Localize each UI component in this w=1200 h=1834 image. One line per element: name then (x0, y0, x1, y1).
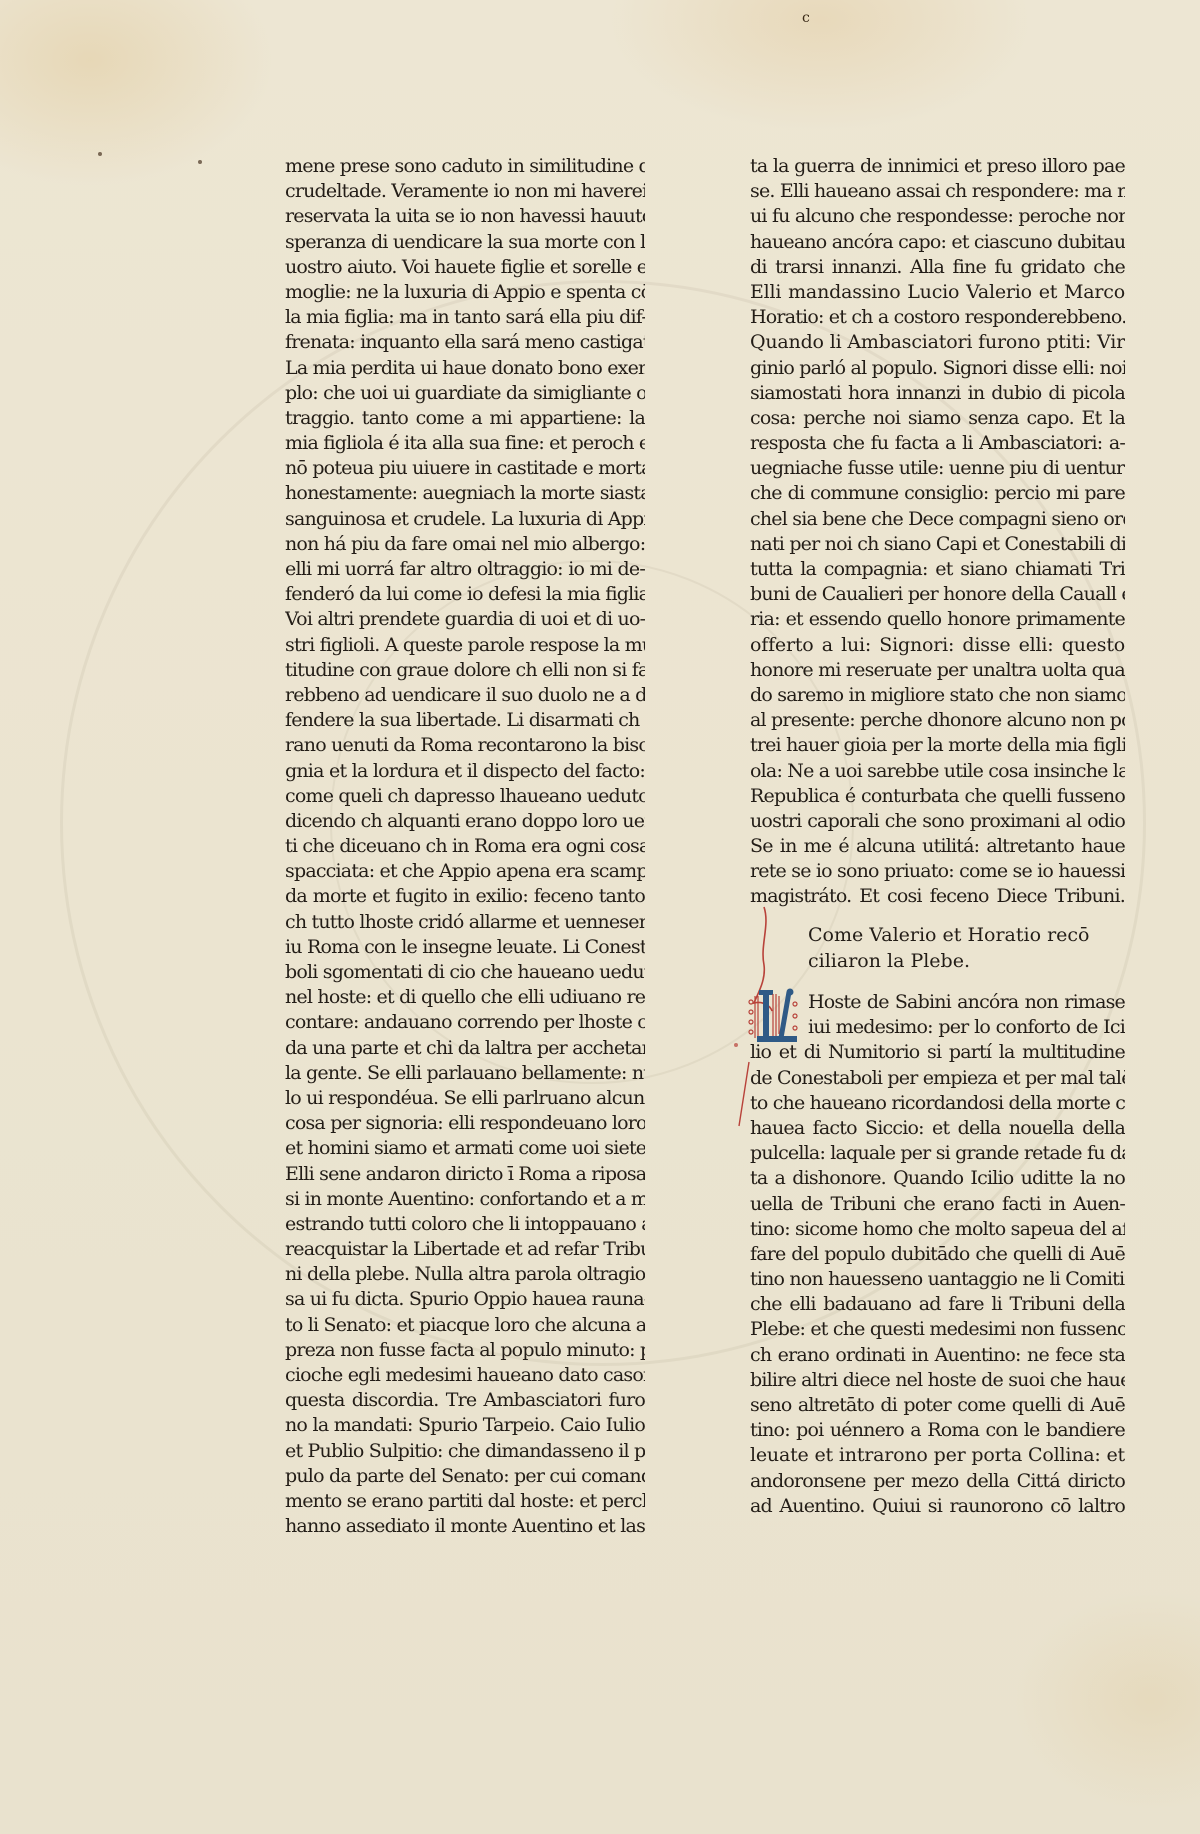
left-column-line: come queli ch dapresso lhaueano ueduto e… (285, 784, 645, 809)
chapter-line: uella de Tribuni che erano facti in Auen… (750, 1192, 1125, 1217)
right-column-line: tutta la compagnia: et siano chiamati Tr… (750, 557, 1125, 582)
left-column-line: cioche egli medesimi haueano dato casone… (285, 1363, 645, 1388)
left-column-line: titudine con graue dolore ch elli non si… (285, 658, 645, 683)
right-column-line: haueano ancóra capo: et ciascuno dubitau… (750, 230, 1125, 255)
chapter-line: bilire altri diece nel hoste de suoi che… (750, 1368, 1125, 1393)
left-column-line: et homini siamo et armati come uoi siete… (285, 1136, 645, 1161)
left-column-line: fendere la sua libertade. Li disarmati c… (285, 708, 645, 733)
chapter-line: tino: sicome homo che molto sapeua del a… (750, 1217, 1125, 1242)
left-column-line: to li Senato: et piacque loro che alcuna… (285, 1313, 645, 1338)
right-column-line: ria: et essendo quello honore primamente (750, 607, 1125, 632)
right-column-line: se. Elli haueano assai ch respondere: ma… (750, 179, 1125, 204)
left-column-line: uostro aiuto. Voi hauete figlie et sorel… (285, 255, 645, 280)
left-column-line: spacciata: et che Appio apena era scampa… (285, 859, 645, 884)
chapter-line: pulcella: laquale per si grande retade f… (750, 1141, 1125, 1166)
right-column-line: uegniache fusse utile: uenne piu di uent… (750, 456, 1125, 481)
manuscript-page: c mene prese sono caduto in similitudine… (0, 0, 1200, 1834)
left-column-line: la mia figlia: ma in tanto sará ella piu… (285, 305, 645, 330)
left-column-line: si in monte Auentino: confortando et a m… (285, 1187, 645, 1212)
chapter-line: che elli badauano ad fare li Tribuni del… (750, 1292, 1125, 1317)
chapter-line: Hoste de Sabini ancóra non rimase (750, 990, 1125, 1015)
right-column-line: rete se io sono priuato: come se io haue… (750, 859, 1125, 884)
chapter-line: lio et di Numitorio si partí la multitud… (750, 1040, 1125, 1065)
left-column-line: rebbeno ad uendicare il suo duolo ne a d… (285, 683, 645, 708)
right-column-line: resposta che fu facta a li Ambasciatori:… (750, 431, 1125, 456)
right-column-line: magistráto. Et cosi feceno Diece Tribuni… (750, 884, 1125, 909)
chapter-line: hauea facto Siccio: et della nouella del… (750, 1116, 1125, 1141)
left-column-line: no la mandati: Spurio Tarpeio. Caio Iuli… (285, 1413, 645, 1438)
left-column-line: mene prese sono caduto in similitudine d… (285, 154, 645, 179)
left-column-line: fenderó da lui come io defesi la mia fig… (285, 582, 645, 607)
left-column-line: mento se erano partiti dal hoste: et per… (285, 1489, 645, 1514)
right-column-line: ginio parló al populo. Signori disse ell… (750, 356, 1125, 381)
chapter-line: ch erano ordinati in Auentino: ne fece s… (750, 1343, 1125, 1368)
left-column-line: stri figlioli. A queste parole respose l… (285, 633, 645, 658)
right-column-line: nati per noi ch siano Capi et Conestabil… (750, 532, 1125, 557)
right-column-line: cosa: perche noi siamo senza capo. Et la (750, 406, 1125, 431)
chapter-line: tino: poi uénnero a Roma con le bandiere (750, 1418, 1125, 1443)
left-column-line: pulo da parte del Senato: per cui comand… (285, 1464, 645, 1489)
left-column-line: ni della plebe. Nulla altra parola oltra… (285, 1262, 645, 1287)
chapter-line: iui medesimo: per lo conforto de Ici (750, 1015, 1125, 1040)
chapter-body: Hoste de Sabini ancóra non rimaseiui med… (750, 990, 1125, 1519)
left-column-line: preza non fusse facta al populo minuto: … (285, 1338, 645, 1363)
left-column-line: hanno assediato il monte Auentino et las… (285, 1514, 645, 1539)
left-column-line: sa ui fu dicta. Spurio Oppio hauea rauna… (285, 1287, 645, 1312)
left-column-line: plo: che uoi ui guardiate da simigliante… (285, 381, 645, 406)
left-column-line: crudeltade. Veramente io non mi haverei (285, 179, 645, 204)
right-column-line: trei hauer gioia per la morte della mia … (750, 733, 1125, 758)
right-column: ta la guerra de innimici et preso illoro… (750, 154, 1125, 910)
left-column-line: reservata la uita se io non havessi hauu… (285, 204, 645, 229)
chapter-line: ta a dishonore. Quando Icilio uditte la … (750, 1166, 1125, 1191)
right-column-line: ta la guerra de innimici et preso illoro… (750, 154, 1125, 179)
ink-spot (734, 1043, 738, 1047)
right-column-line: di trarsi innanzi. Alla fine fu gridato … (750, 255, 1125, 280)
right-column-line: ola: Ne a uoi sarebbe utile cosa insinch… (750, 759, 1125, 784)
chapter-heading: Come Valerio et Horatio recō ciliaron la… (808, 922, 1089, 974)
chapter-line: fare del populo dubitādo che quelli di A… (750, 1242, 1125, 1267)
left-column-line: rano uenuti da Roma recontarono la biso- (285, 733, 645, 758)
left-column-line: speranza di uendicare la sua morte con l… (285, 230, 645, 255)
left-column-line: questa discordia. Tre Ambasciatori furo (285, 1388, 645, 1413)
chapter-heading-line: Come Valerio et Horatio recō (808, 922, 1089, 948)
left-column-line: ch tutto lhoste cridó allarme et uennese… (285, 910, 645, 935)
right-column-line: Se in me é alcuna utilitá: altretanto ha… (750, 834, 1125, 859)
right-column-line: siamostati hora innanzi in dubio di pico… (750, 381, 1125, 406)
left-column-line: La mia perdita ui haue donato bono exem (285, 356, 645, 381)
left-column: mene prese sono caduto in similitudine d… (285, 154, 645, 1539)
left-column-line: nō poteua piu uiuere in castitade e mort… (285, 456, 645, 481)
chapter-line: to che haueano ricordandosi della morte … (750, 1091, 1125, 1116)
left-column-line: frenata: inquanto ella sará meno castiga… (285, 330, 645, 355)
chapter-line: leuate et intrarono per porta Collina: e… (750, 1443, 1125, 1468)
left-column-line: cosa per signoria: elli respondeuano lor… (285, 1111, 645, 1136)
left-column-line: non há piu da fare omai nel mio albergo:… (285, 532, 645, 557)
chapter-line: de Conestaboli per empieza et per mal ta… (750, 1066, 1125, 1091)
ink-spot (98, 152, 102, 156)
right-column-line: Quando li Ambasciatori furono ptiti: Vir (750, 330, 1125, 355)
right-column-line: Horatio: et ch a costoro responderebbeno… (750, 305, 1125, 330)
chapter-line: Plebe: et che questi medesimi non fussen… (750, 1317, 1125, 1342)
left-column-line: lo ui respondéua. Se elli parlruano alcu… (285, 1086, 645, 1111)
left-column-line: elli mi uorrá far altro oltraggio: io mi… (285, 557, 645, 582)
left-column-line: boli sgomentati di cio che haueano uedut… (285, 960, 645, 985)
left-column-line: estrando tutti coloro che li intoppauano… (285, 1212, 645, 1237)
chapter-line: tino non hauesseno uantaggio ne li Comit… (750, 1267, 1125, 1292)
right-column-line: honore mi reseruate per unaltra uolta qu… (750, 658, 1125, 683)
chapter-heading-line: ciliaron la Plebe. (808, 948, 1089, 974)
left-column-line: contare: andauano correndo per lhoste ch… (285, 1010, 645, 1035)
folio-mark: c (802, 10, 810, 26)
right-column-line: Republica é conturbata che quelli fussen… (750, 784, 1125, 809)
left-column-line: gnia et la lordura et il dispecto del fa… (285, 759, 645, 784)
right-column-line: al presente: perche dhonore alcuno non p… (750, 708, 1125, 733)
right-column-line: do saremo in migliore stato che non siam… (750, 683, 1125, 708)
left-column-line: da una parte et chi da laltra per acchet… (285, 1036, 645, 1061)
left-column-line: dicendo ch alquanti erano doppo loro uen… (285, 809, 645, 834)
left-column-line: iu Roma con le insegne leuate. Li Conest… (285, 935, 645, 960)
chapter-line: ad Auentino. Quiui si raunorono cō laltr… (750, 1494, 1125, 1519)
left-column-line: mia figliola é ita alla sua fine: et per… (285, 431, 645, 456)
left-column-line: honestamente: auegniach la morte siastat… (285, 481, 645, 506)
chapter-line: seno altretāto di poter come quelli di A… (750, 1393, 1125, 1418)
left-column-line: moglie: ne la luxuria di Appio e spenta … (285, 280, 645, 305)
left-column-line: Voi altri prendete guardia di uoi et di … (285, 607, 645, 632)
right-column-line: uostri caporali che sono proximani al od… (750, 809, 1125, 834)
right-column-line: ui fu alcuno che respondesse: peroche no… (750, 204, 1125, 229)
left-column-line: traggio. tanto come a mi appartiene: la (285, 406, 645, 431)
ink-spot (198, 160, 202, 164)
left-column-line: sanguinosa et crudele. La luxuria di App… (285, 507, 645, 532)
left-column-line: Elli sene andaron diricto ī Roma a ripos… (285, 1162, 645, 1187)
right-column-line: buni de Caualieri per honore della Caual… (750, 582, 1125, 607)
left-column-line: reacquistar la Libertade et ad refar Tri… (285, 1237, 645, 1262)
right-column-line: chel sia bene che Dece compagni sieno or… (750, 507, 1125, 532)
left-column-line: da morte et fugito in exilio: feceno tan… (285, 884, 645, 909)
right-column-line: Elli mandassino Lucio Valerio et Marco (750, 280, 1125, 305)
right-column-line: che di commune consiglio: percio mi pare (750, 481, 1125, 506)
right-column-line: offerto a lui: Signori: disse elli: ques… (750, 633, 1125, 658)
left-column-line: ti che diceuano ch in Roma era ogni cosa (285, 834, 645, 859)
left-column-line: et Publio Sulpitio: che dimandasseno il … (285, 1439, 645, 1464)
chapter-line: andoronsene per mezo della Cittá diricto (750, 1469, 1125, 1494)
left-column-line: nel hoste: et di quello che elli udiuano… (285, 985, 645, 1010)
left-column-line: la gente. Se elli parlauano bellamente: … (285, 1061, 645, 1086)
